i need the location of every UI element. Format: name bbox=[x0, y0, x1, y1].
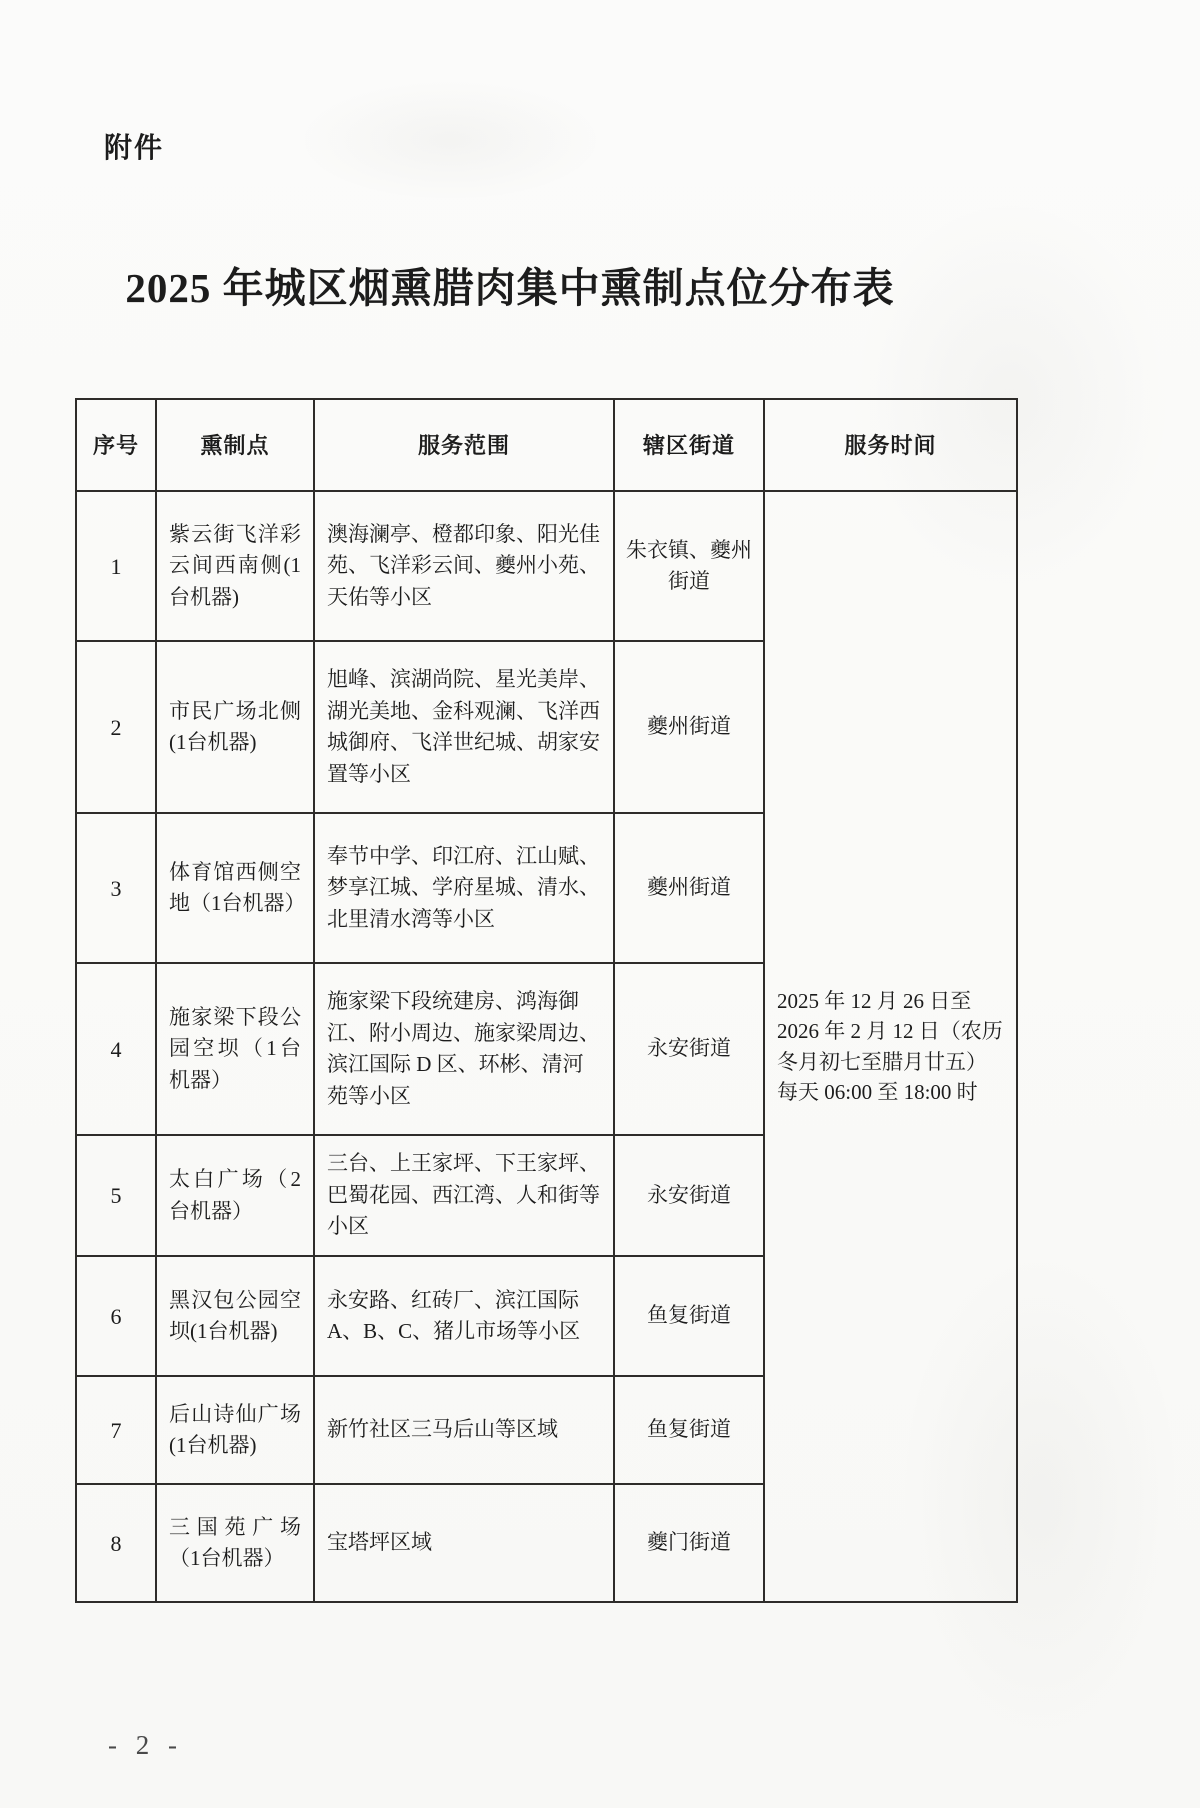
row-street: 鱼复街道 bbox=[614, 1376, 764, 1484]
row-no: 8 bbox=[76, 1484, 156, 1602]
row-street: 永安街道 bbox=[614, 963, 764, 1135]
row-street: 朱衣镇、夔州街道 bbox=[614, 491, 764, 641]
row-point: 市民广场北侧(1台机器) bbox=[156, 641, 314, 813]
row-no: 1 bbox=[76, 491, 156, 641]
header-street: 辖区街道 bbox=[614, 399, 764, 491]
row-no: 4 bbox=[76, 963, 156, 1135]
service-time-cell: 2025 年 12 月 26 日至 2026 年 2 月 12 日（农历冬月初七… bbox=[764, 491, 1017, 1602]
row-point: 施家梁下段公园空坝（1台机器） bbox=[156, 963, 314, 1135]
page-title: 2025 年城区烟熏腊肉集中熏制点位分布表 bbox=[75, 255, 945, 314]
header-point: 熏制点 bbox=[156, 399, 314, 491]
row-point: 三国苑广场（1台机器） bbox=[156, 1484, 314, 1602]
row-no: 3 bbox=[76, 813, 156, 963]
row-point: 黑汉包公园空坝(1台机器) bbox=[156, 1256, 314, 1376]
row-scope: 施家梁下段统建房、鸿海御江、附小周边、施家梁周边、滨江国际 D 区、环彬、清河苑… bbox=[314, 963, 614, 1135]
smoking-points-table: 序号 熏制点 服务范围 辖区街道 服务时间 1 紫云街飞洋彩云间西南侧(1台机器… bbox=[75, 398, 1018, 1603]
row-street: 鱼复街道 bbox=[614, 1256, 764, 1376]
row-scope: 宝塔坪区域 bbox=[314, 1484, 614, 1602]
header-scope: 服务范围 bbox=[314, 399, 614, 491]
row-point: 后山诗仙广场(1台机器) bbox=[156, 1376, 314, 1484]
row-point: 太白广场（2台机器） bbox=[156, 1135, 314, 1256]
row-point: 体育馆西侧空地（1台机器） bbox=[156, 813, 314, 963]
row-street: 夔门街道 bbox=[614, 1484, 764, 1602]
page-number: - 2 - bbox=[108, 1730, 183, 1761]
row-point: 紫云街飞洋彩云间西南侧(1台机器) bbox=[156, 491, 314, 641]
row-no: 2 bbox=[76, 641, 156, 813]
row-scope: 奉节中学、印江府、江山赋、梦享江城、学府星城、清水、北里清水湾等小区 bbox=[314, 813, 614, 963]
table-header-row: 序号 熏制点 服务范围 辖区街道 服务时间 bbox=[76, 399, 1017, 491]
row-scope: 新竹社区三马后山等区域 bbox=[314, 1376, 614, 1484]
attachment-label: 附件 bbox=[104, 126, 164, 166]
row-scope: 旭峰、滨湖尚院、星光美岸、湖光美地、金科观澜、飞洋西城御府、飞洋世纪城、胡家安置… bbox=[314, 641, 614, 813]
row-no: 5 bbox=[76, 1135, 156, 1256]
scan-artifact bbox=[300, 80, 600, 200]
row-scope: 永安路、红砖厂、滨江国际 A、B、C、猪儿市场等小区 bbox=[314, 1256, 614, 1376]
row-street: 永安街道 bbox=[614, 1135, 764, 1256]
table-row: 1 紫云街飞洋彩云间西南侧(1台机器) 澳海澜亭、橙都印象、阳光佳苑、飞洋彩云间… bbox=[76, 491, 1017, 641]
row-scope: 澳海澜亭、橙都印象、阳光佳苑、飞洋彩云间、夔州小苑、天佑等小区 bbox=[314, 491, 614, 641]
row-scope: 三台、上王家坪、下王家坪、巴蜀花园、西江湾、人和街等小区 bbox=[314, 1135, 614, 1256]
row-no: 7 bbox=[76, 1376, 156, 1484]
header-time: 服务时间 bbox=[764, 399, 1017, 491]
row-street: 夔州街道 bbox=[614, 641, 764, 813]
header-no: 序号 bbox=[76, 399, 156, 491]
row-street: 夔州街道 bbox=[614, 813, 764, 963]
row-no: 6 bbox=[76, 1256, 156, 1376]
